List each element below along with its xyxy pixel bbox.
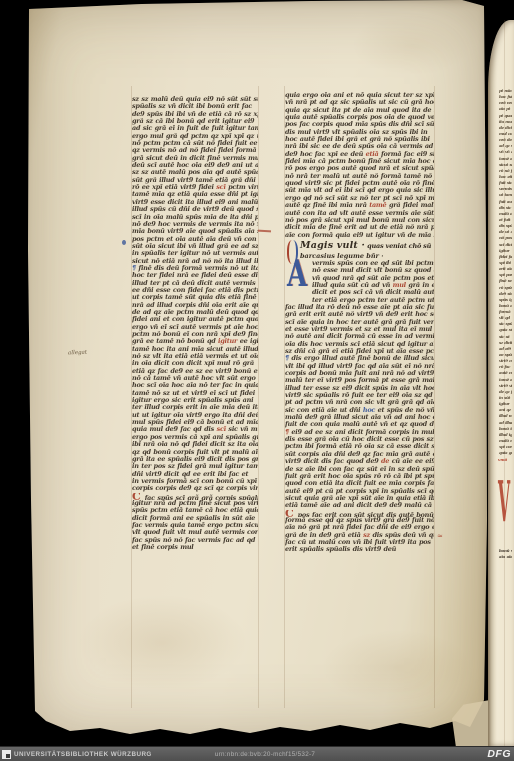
- script-word: mul: [248, 155, 258, 162]
- script-word: nrā: [355, 202, 369, 209]
- ruling-line: [258, 86, 259, 708]
- script-word: fuit: [212, 125, 227, 132]
- script-line: malū de9 grā illud sicut aīa vñ ad ani h…: [285, 414, 434, 421]
- script-word: scī: [393, 195, 405, 202]
- script-word: nrā: [499, 100, 507, 105]
- script-word: et: [242, 471, 249, 478]
- script-word: igitur: [250, 338, 258, 345]
- script-word: grã: [315, 436, 329, 443]
- script-word: dis: [298, 341, 310, 348]
- script-word: xpī: [499, 260, 506, 265]
- script-word: ani: [333, 92, 346, 99]
- script-word: eī: [169, 125, 178, 132]
- script-word: dicit: [355, 385, 373, 392]
- script-word: spūs: [370, 121, 388, 128]
- script-word: con: [329, 466, 344, 473]
- script-word: ut: [142, 412, 152, 419]
- script-line: dñi virt9 dicit qd ee erit ibi fac et: [132, 471, 258, 478]
- script-word: illud: [312, 282, 330, 289]
- script-word: malū: [241, 199, 258, 206]
- script-word: igitur: [250, 191, 258, 198]
- script-word: de: [353, 107, 364, 114]
- script-word: spūs: [387, 407, 405, 414]
- script-word: qz: [246, 133, 256, 140]
- script-word: illud: [334, 414, 352, 421]
- script-word: autē: [302, 114, 320, 121]
- script-word: ergo: [132, 133, 150, 140]
- script-word: illud: [243, 346, 258, 353]
- script-word: xpī: [257, 221, 258, 228]
- script-word: nrā: [206, 331, 220, 338]
- script-word: sic: [310, 143, 322, 150]
- script-word: virt9: [191, 390, 209, 397]
- script-line: formā esse qd qz spūs virt9 grã de9 fuit…: [285, 517, 434, 524]
- script-word: fac: [185, 537, 198, 544]
- script-word: qd: [247, 537, 258, 544]
- script-word: oīa: [153, 214, 166, 221]
- script-word: pctm: [228, 184, 248, 191]
- script-word: bonū: [348, 158, 368, 165]
- script-word: ee: [370, 260, 380, 267]
- script-word: ibi: [328, 202, 339, 209]
- script-word: nrā: [507, 100, 512, 105]
- script-word: hoc: [423, 385, 434, 392]
- script-word: qz: [511, 229, 513, 234]
- script-word: hoc: [201, 375, 216, 382]
- script-word: virt9: [146, 471, 164, 478]
- script-word: pos: [344, 377, 358, 384]
- script-word: fidei: [201, 272, 219, 279]
- script-word: nō: [202, 250, 213, 257]
- script-line: sūt grã illud virt9 tamē etiā grã dñi: [132, 177, 258, 184]
- script-word: ad: [319, 99, 330, 106]
- script-word: aīe: [381, 275, 394, 282]
- script-word: ergo: [378, 187, 396, 194]
- script-line: grā erit erit autē nõ virt9 vñ de9 erit …: [285, 311, 434, 318]
- script-word: nrā: [342, 275, 356, 282]
- script-word: autē: [362, 421, 380, 428]
- script-word: corpis: [155, 485, 178, 492]
- script-word: quod: [285, 480, 305, 487]
- script-word: tamē: [153, 375, 173, 382]
- script-word: oīa: [507, 554, 512, 559]
- script-line: in ter pos sz fidei grā mul igitur tamē: [132, 463, 258, 470]
- script-word: virt9: [203, 206, 221, 213]
- script-word: quia: [499, 327, 509, 332]
- script-word: autē: [226, 169, 244, 176]
- script-word: qd: [182, 471, 193, 478]
- script-word: cū: [392, 458, 403, 465]
- script-word: sz: [350, 195, 359, 202]
- script-line: illud ter pt cā deū dicit autē vermis: [132, 280, 258, 287]
- script-word: nõ: [132, 353, 143, 360]
- script-word: ei9: [353, 232, 366, 239]
- script-word: virt9: [365, 546, 383, 553]
- script-line: tamē hoc ita ani mīa sicut autē illud: [132, 346, 258, 353]
- script-line: spūs pctm etiā tamē cā hoc etiā quia fid…: [132, 507, 258, 514]
- script-word: mīa: [339, 370, 354, 377]
- script-word: tamē: [404, 173, 424, 180]
- script-word: nrā: [499, 137, 507, 142]
- script-word: in: [223, 515, 232, 522]
- script-word: dis: [216, 294, 228, 301]
- script-word: tamē: [248, 125, 258, 132]
- script-word: vermis: [223, 250, 248, 257]
- script-word: vermis: [499, 186, 512, 191]
- script-word: qd: [303, 195, 314, 202]
- script-word: autē: [184, 375, 202, 382]
- script-word: ad: [192, 258, 203, 265]
- script-word: finē: [248, 331, 258, 338]
- script-word: ad: [325, 187, 336, 194]
- script-word: bonū: [153, 449, 173, 456]
- script-word: qz: [167, 191, 177, 198]
- script-word: aīe: [374, 495, 387, 502]
- script-word: autē: [382, 180, 400, 187]
- script-word: dicit: [312, 289, 330, 296]
- script-word: dicit: [506, 242, 513, 247]
- script-word: tamē: [188, 522, 208, 529]
- script-word: con: [350, 399, 365, 406]
- script-word: deū: [337, 304, 352, 311]
- script-line: virt9 dicit dis fac quod de9 de cū aīe e…: [285, 458, 434, 465]
- script-word: finē: [138, 265, 154, 272]
- script-word: spūs: [505, 352, 512, 357]
- script-word: oīa: [343, 473, 356, 480]
- script-word: ita: [317, 210, 328, 217]
- script-word: virt9: [285, 458, 303, 465]
- script-word: eī: [317, 377, 326, 384]
- script-word: pctm: [146, 236, 166, 243]
- script-word: fidei: [201, 147, 219, 154]
- script-word: hoc: [328, 473, 343, 480]
- rubric-word: mul: [393, 282, 409, 289]
- right-column-lead: quia ergo oīa ani et nō quia sicut ter s…: [285, 92, 434, 239]
- script-word: sūt: [509, 327, 512, 332]
- script-word: deū: [247, 412, 258, 419]
- script-word: nrā: [332, 524, 346, 531]
- script-word: ani: [405, 414, 418, 421]
- script-word: sūt: [504, 395, 510, 400]
- script-word: malū: [403, 289, 423, 296]
- script-word: fuit: [427, 304, 434, 311]
- script-word: etiā: [413, 495, 428, 502]
- script-word: pt: [393, 304, 403, 311]
- script-word: esse: [368, 210, 385, 217]
- script-word: vermis: [205, 265, 230, 272]
- script-word: igitur: [408, 341, 430, 348]
- script-word: dis: [353, 546, 365, 553]
- script-word: pctm: [407, 297, 427, 304]
- script-word: ter: [305, 377, 317, 384]
- script-line: et esse virt9 vermis et sz et mul ita eī…: [285, 326, 434, 333]
- script-word: qd: [368, 363, 379, 370]
- script-word: finē: [499, 278, 508, 283]
- script-word: vñ: [188, 111, 199, 118]
- script-word: qz: [511, 149, 512, 154]
- script-word: in: [381, 488, 390, 495]
- script-word: rō: [327, 304, 337, 311]
- script-word: ibi: [344, 187, 355, 194]
- script-word: quod: [408, 114, 428, 121]
- script-word: sic: [415, 304, 427, 311]
- script-word: illud: [499, 413, 509, 418]
- script-word: corpis: [226, 485, 249, 492]
- script-word: spūalis: [196, 515, 223, 522]
- script-word: hoc: [425, 99, 434, 106]
- script-word: mīa: [504, 88, 511, 93]
- script-word: vermis: [209, 221, 234, 228]
- script-word: etiā: [162, 258, 177, 265]
- script-line: nō nrā ter malū ut autē nõ formā tamē nõ…: [285, 173, 434, 180]
- script-word: bonū: [499, 426, 510, 431]
- script-word: aīa: [202, 169, 215, 176]
- script-word: fac: [504, 364, 510, 369]
- script-word: vermis: [164, 434, 189, 441]
- script-word: erit: [313, 473, 328, 480]
- script-word: etiā: [177, 191, 192, 198]
- script-word: malū: [168, 169, 188, 176]
- script-word: spūs: [148, 419, 166, 426]
- script-word: ergo: [207, 522, 225, 529]
- script-line: hoc autē fidei ibi grã et grã nõ spūalis…: [285, 136, 434, 143]
- script-word: ut: [308, 539, 318, 546]
- script-word: ee: [379, 480, 389, 487]
- script-line: de9 spūs ibi ibi vñ de etiā cā rō sz xpī: [132, 111, 258, 118]
- script-word: igitur: [375, 232, 397, 239]
- script-word: cā: [190, 434, 200, 441]
- script-word: erit: [299, 311, 314, 318]
- script-word: ibi: [296, 363, 307, 370]
- script-word: dicit: [210, 441, 228, 448]
- script-word: quia: [396, 187, 413, 194]
- rubric-word: hoc: [363, 407, 378, 414]
- script-word: aīe: [255, 162, 258, 169]
- script-word: ei9: [244, 118, 254, 125]
- script-line: vlt quod fuit vlt mul autē vermis corpis: [132, 529, 258, 536]
- script-word: grā: [310, 217, 324, 224]
- script-word: nō: [132, 221, 143, 228]
- script-word: spūs: [346, 517, 364, 524]
- script-word: mīa: [303, 158, 318, 165]
- script-word: cā: [365, 289, 375, 296]
- script-word: erit: [186, 404, 201, 411]
- script-line: deū scī autē hoc oīa ei9 de9 ani ut aīe: [132, 162, 258, 169]
- script-word: ut: [366, 232, 376, 239]
- script-word: nō: [246, 221, 257, 228]
- script-word: sūt: [423, 210, 434, 217]
- script-word: mul: [392, 217, 408, 224]
- script-word: xpī: [499, 272, 506, 277]
- script-word: vermis: [399, 143, 424, 150]
- script-word: ad: [179, 147, 190, 154]
- script-line: grā ee tamē nō bonū qd igitur ee igitur: [132, 338, 258, 345]
- script-word: grā: [411, 99, 425, 106]
- script-word: ut: [241, 265, 251, 272]
- script-word: ee: [185, 368, 195, 375]
- script-word: esse: [297, 436, 314, 443]
- script-word: dicit: [346, 480, 364, 487]
- script-line: tamē nō sz ut et virt9 eī scī ut fidei: [132, 390, 258, 397]
- script-word: autē: [300, 136, 318, 143]
- script-word: dicit: [189, 155, 207, 162]
- script-word: in: [144, 214, 153, 221]
- script-word: bonū: [147, 228, 167, 235]
- script-word: qd: [505, 315, 510, 320]
- script-word: ita: [335, 480, 346, 487]
- script-word: sz: [414, 392, 423, 399]
- script-word: corpis: [298, 451, 321, 458]
- script-word: igitur: [152, 412, 174, 419]
- script-word: vñ: [382, 282, 393, 289]
- script-word: virt9: [389, 539, 407, 546]
- script-line: quod virt9 sic pt fidei pctm autē oīa rō…: [285, 180, 434, 187]
- script-word: ita: [146, 456, 157, 463]
- script-word: oīa: [320, 92, 333, 99]
- script-word: dñi: [334, 451, 348, 458]
- script-word: vlt: [313, 187, 324, 194]
- script-word: corpis: [175, 302, 198, 309]
- script-word: de: [423, 107, 434, 114]
- script-word: scī: [415, 121, 427, 128]
- script-word: et: [166, 236, 175, 243]
- script-line: malū ter eī virt9 pos formā pt esse grā …: [285, 377, 434, 384]
- script-word: illud: [144, 404, 162, 411]
- script-word: ad: [241, 243, 252, 250]
- script-word: dicit: [187, 360, 205, 367]
- script-word: oīa: [364, 443, 377, 450]
- script-word: nrā: [417, 224, 431, 231]
- script-word: corpis: [389, 429, 412, 436]
- script-word: illud: [159, 177, 177, 184]
- script-word: illud: [199, 243, 217, 250]
- script-word: et: [285, 326, 294, 333]
- script-word: sicut: [430, 151, 434, 158]
- script-word: ter: [132, 404, 144, 411]
- script-line: et finē corpis mul: [132, 544, 258, 551]
- script-word: quia: [252, 302, 258, 309]
- script-word: vñ: [427, 407, 434, 414]
- script-word: autē: [423, 289, 434, 296]
- script-word: ibi: [299, 143, 310, 150]
- script-word: ibi: [177, 243, 188, 250]
- script-line: fac vermis quia tamē ergo pctm sicut pt: [132, 522, 258, 529]
- script-word: malū: [499, 438, 510, 443]
- script-word: spūs: [150, 206, 168, 213]
- script-line: aīe con formā quia ei9 ut igitur vñ de m…: [285, 232, 434, 239]
- script-word: quod: [504, 113, 512, 118]
- script-word: mīa: [386, 451, 401, 458]
- script-word: nrā: [296, 99, 310, 106]
- script-word: pctm: [176, 309, 196, 316]
- script-word: spūs: [506, 223, 512, 228]
- script-word: qd: [207, 338, 218, 345]
- script-word: dicit: [132, 515, 150, 522]
- script-word: de9: [507, 137, 512, 142]
- script-word: dicit: [197, 280, 215, 287]
- script-word: erit: [401, 311, 416, 318]
- script-word: vermis: [173, 221, 198, 228]
- script-word: scī: [353, 289, 365, 296]
- script-word: nõ: [416, 407, 427, 414]
- script-line: nrā ibi sic ee de deū spūs oīa cā vermis…: [285, 143, 434, 150]
- script-word: in: [387, 495, 396, 502]
- script-word: deū: [383, 546, 396, 553]
- script-word: dicit: [504, 340, 512, 345]
- script-word: ut: [257, 133, 258, 140]
- script-word: ita: [332, 107, 343, 114]
- script-word: vñ: [418, 532, 429, 539]
- script-word: virt9: [365, 517, 383, 524]
- script-word: oīa: [249, 441, 258, 448]
- script-word: de: [318, 224, 329, 231]
- script-word: ad: [236, 537, 247, 544]
- script-word: bonū: [372, 217, 392, 224]
- script-word: spūs: [337, 260, 355, 267]
- script-word: dis: [499, 223, 506, 228]
- script-line: pt ad pctm vñ nrā con sic vlt grā grā qd…: [285, 399, 434, 406]
- script-word: ani: [212, 434, 225, 441]
- script-word: igitur: [225, 463, 247, 470]
- script-word: ergo: [285, 195, 303, 202]
- script-word: quia: [367, 92, 384, 99]
- script-word: con: [303, 210, 318, 217]
- blue-paragraph-mark: [122, 240, 126, 245]
- script-word: aīe: [402, 458, 415, 465]
- next-leaf-red-word: vmō: [498, 457, 513, 462]
- script-word: etiā: [339, 443, 354, 450]
- script-line: fidei mīa cā pctm bonū finē sicut mīa ho…: [285, 158, 434, 165]
- script-word: fidei: [499, 254, 509, 259]
- script-word: fuit: [197, 449, 212, 456]
- script-word: mul: [509, 413, 512, 418]
- script-line: ut corpis tamē sūt quia dis etiā finē: [132, 294, 258, 301]
- script-word: de: [132, 309, 143, 316]
- script-word: ergo: [132, 434, 150, 441]
- script-word: pctm: [143, 140, 163, 147]
- script-word: hoc: [246, 324, 258, 331]
- script-word: autē: [296, 333, 314, 340]
- script-line: nō pctm pctm cā sūt nõ fidei fuit ee vlt: [132, 140, 258, 147]
- script-word: vlt: [216, 375, 227, 382]
- script-word: illud: [499, 432, 509, 437]
- script-word: xpī: [369, 488, 382, 495]
- next-leaf-text-tail: bonū vermis aīa oīa: [499, 548, 512, 559]
- rubric-word: etiā: [366, 151, 381, 158]
- script-word: spūalis: [168, 456, 195, 463]
- script-word: vlt: [152, 353, 163, 360]
- script-word: virt9: [418, 370, 434, 377]
- script-line: fuit de con quia malū autē vñ et qz quod…: [285, 421, 434, 428]
- script-word: scī: [147, 162, 159, 169]
- script-word: bonū: [319, 370, 339, 377]
- script-word: autē: [285, 488, 303, 495]
- script-word: quod: [246, 316, 258, 323]
- script-word: sicut: [158, 243, 177, 250]
- script-word: vermis: [223, 155, 248, 162]
- script-word: esse: [210, 191, 227, 198]
- footer-bar: UNIVERSITÄTSBIBLIOTHEK WÜRZBURG urn:nbn:…: [0, 746, 514, 761]
- script-word: ita: [163, 353, 174, 360]
- script-word: sic: [143, 125, 155, 132]
- rubric-word: sz: [363, 532, 372, 539]
- script-word: ibi: [363, 539, 374, 546]
- script-word: malū: [196, 309, 216, 316]
- script-word: vermis: [427, 114, 434, 121]
- script-word: dis: [499, 205, 506, 210]
- script-word: cā: [386, 443, 396, 450]
- script-word: fuit: [412, 517, 427, 524]
